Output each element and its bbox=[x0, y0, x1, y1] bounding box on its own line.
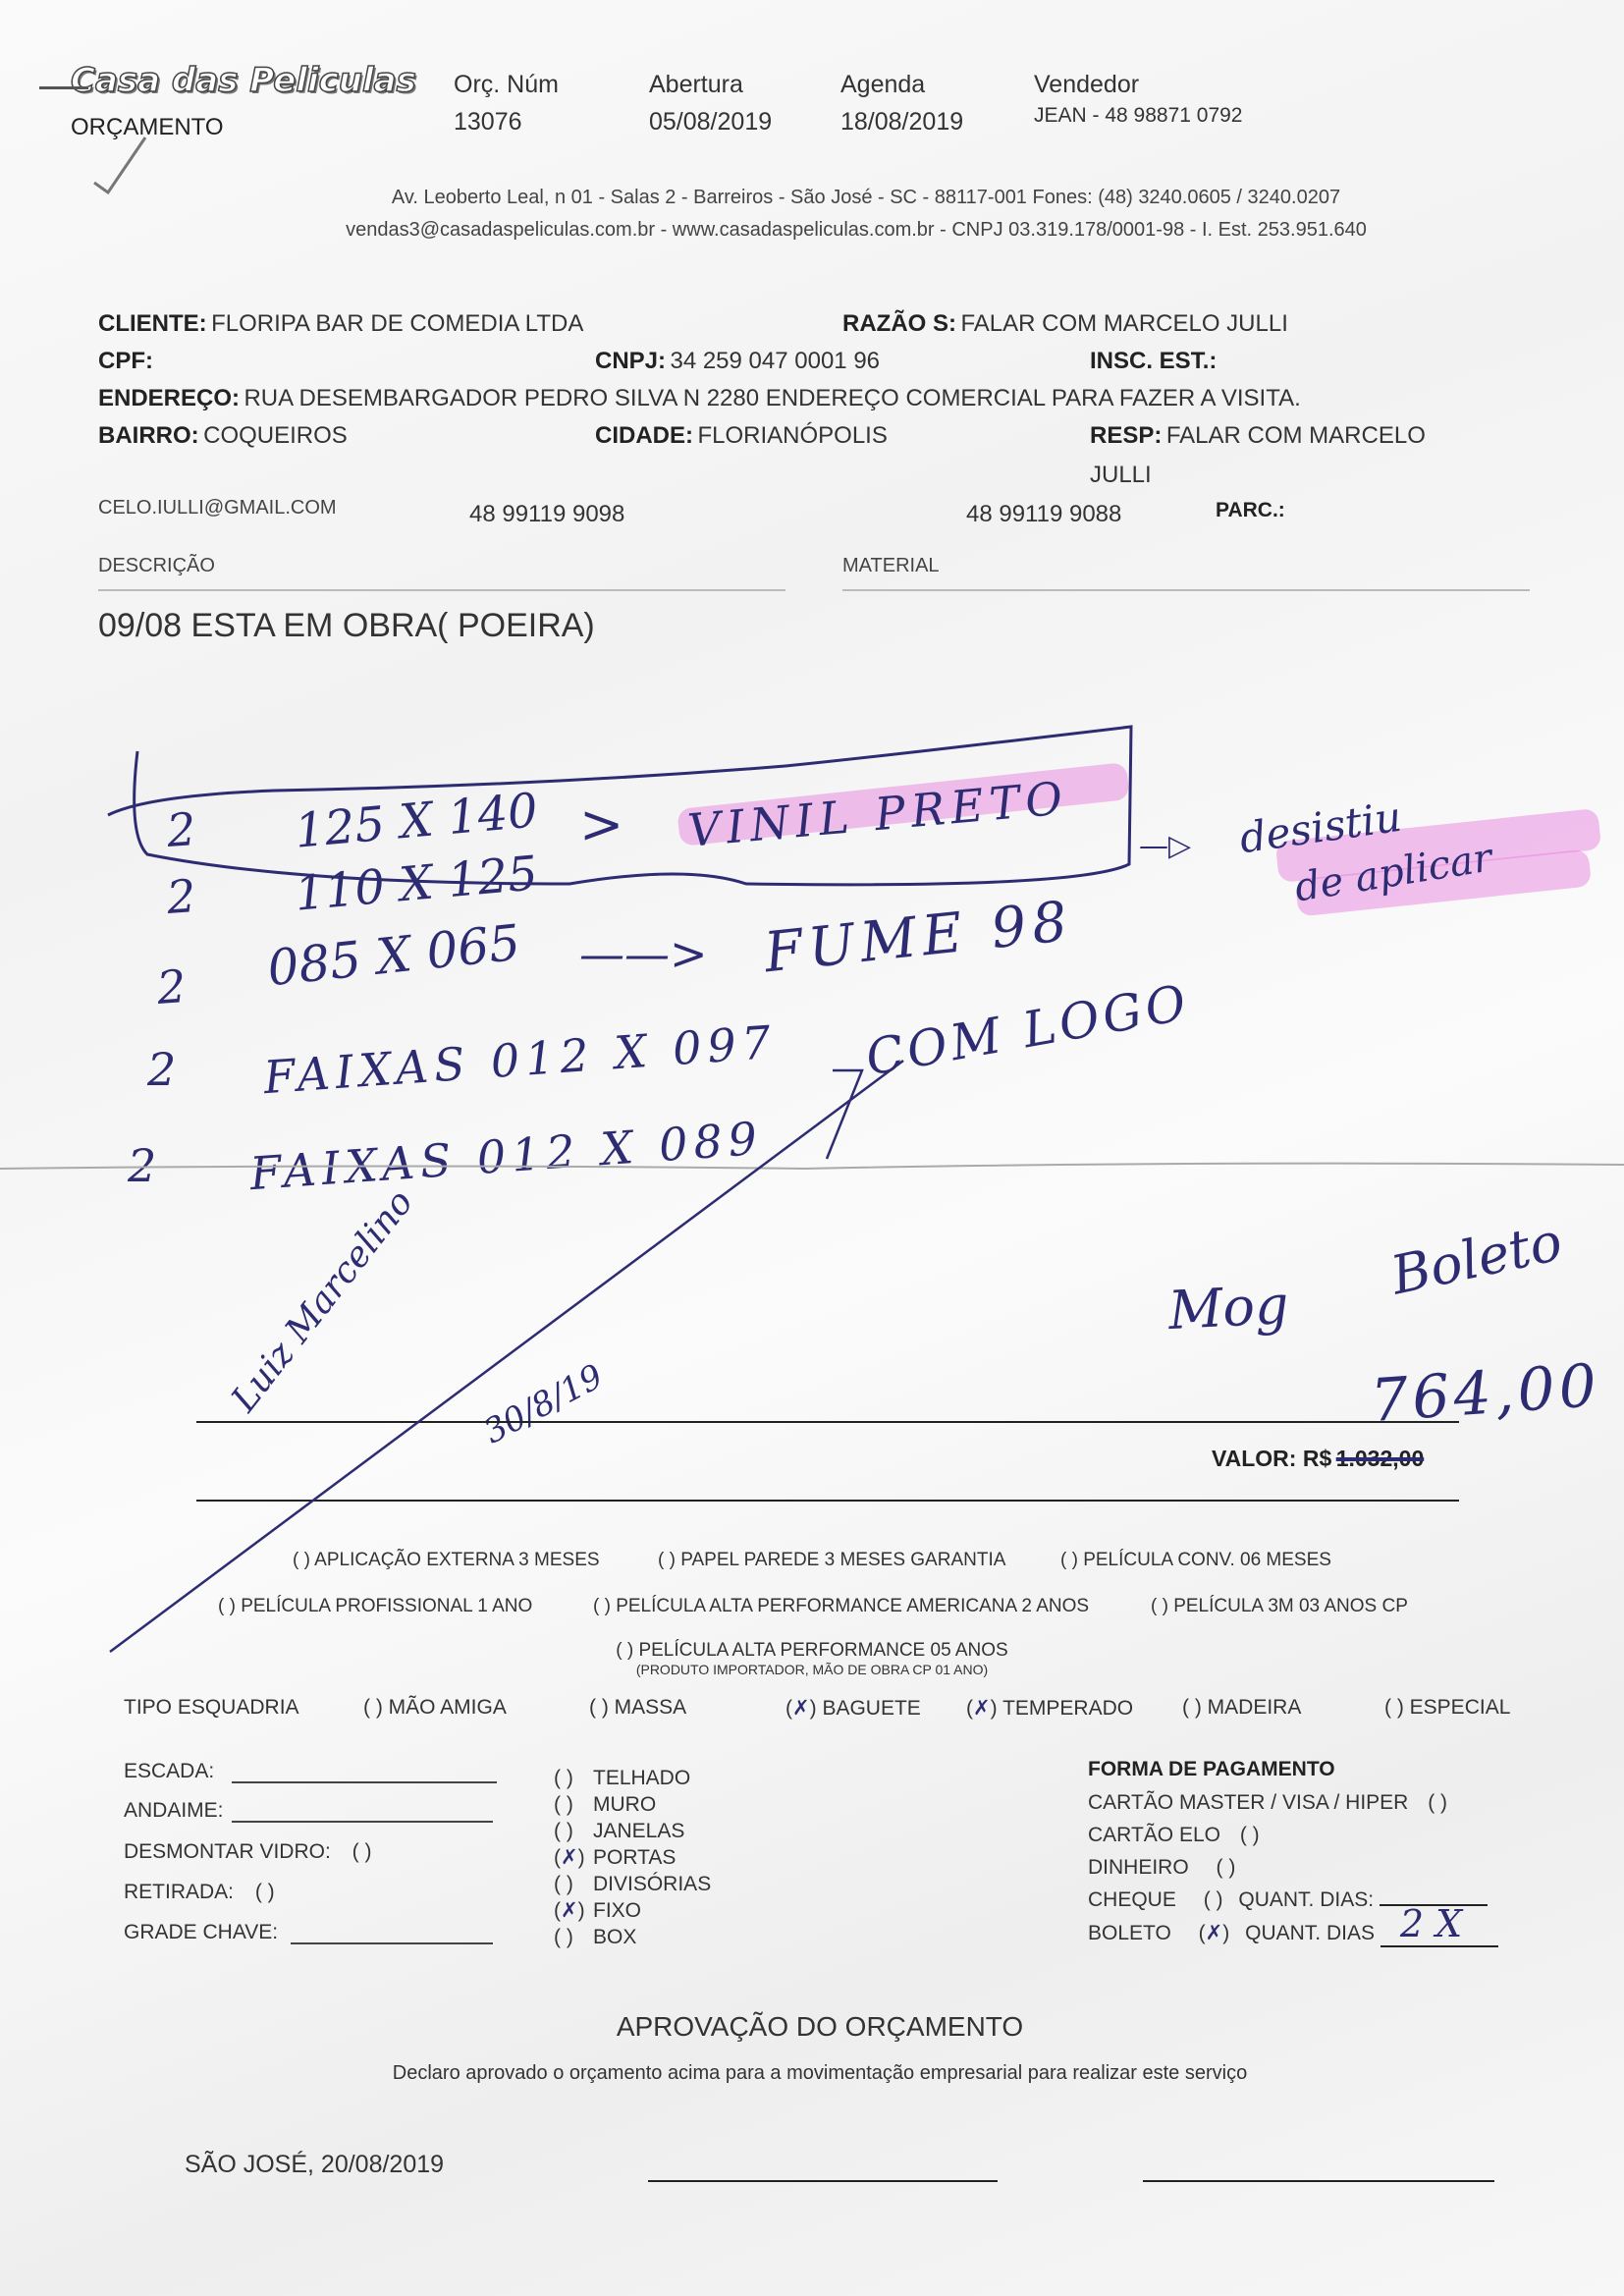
pay-boleto-dias-field[interactable]: 2 X bbox=[1380, 1922, 1498, 1947]
esquadria-option[interactable]: (✗) BAGUETE bbox=[785, 1696, 921, 1721]
local-option-label: MURO bbox=[593, 1793, 656, 1816]
cnpj-value: 34 259 047 0001 96 bbox=[670, 348, 880, 374]
abertura-date: 05/08/2019 bbox=[649, 108, 772, 137]
signature-line-company[interactable] bbox=[1143, 2180, 1494, 2182]
local-checkbox[interactable]: ( ) bbox=[554, 1765, 593, 1791]
resp-label: RESP: bbox=[1090, 422, 1162, 449]
approval-declaration: Declaro aprovado o orçamento acima para … bbox=[0, 2062, 1624, 2085]
esquadria-option[interactable]: ( ) ESPECIAL bbox=[1384, 1696, 1510, 1720]
local-checkbox-checked[interactable]: (✗) bbox=[554, 1897, 593, 1924]
bracket-symbol: > bbox=[579, 793, 623, 855]
cidade-label: CIDADE: bbox=[595, 422, 693, 449]
escada-label: ESCADA: bbox=[124, 1758, 214, 1784]
agenda-date: 18/08/2019 bbox=[840, 108, 963, 137]
razao-row: RAZÃO S: FALAR COM MARCELO JULLI bbox=[842, 310, 1288, 338]
item-1-qty: 2 bbox=[165, 802, 197, 857]
opt-pelicula-profissional[interactable]: ( ) PELÍCULA PROFISSIONAL 1 ANO bbox=[218, 1596, 532, 1617]
pay-boleto-dias-value: 2 X bbox=[1400, 1902, 1462, 1945]
razao-label: RAZÃO S: bbox=[842, 310, 956, 337]
cpf-label: CPF: bbox=[98, 348, 153, 375]
endereco-value: RUA DESEMBARGADOR PEDRO SILVA N 2280 END… bbox=[244, 385, 1300, 411]
local-option-label: BOX bbox=[593, 1926, 636, 1948]
document-type: ORÇAMENTO bbox=[71, 114, 224, 141]
material-divider bbox=[842, 589, 1530, 591]
opt-pelicula-alta-05[interactable]: ( ) PELÍCULA ALTA PERFORMANCE 05 ANOS bbox=[0, 1640, 1624, 1662]
esquadria-checkbox[interactable]: ( ) bbox=[1182, 1696, 1202, 1719]
esquadria-option-label: MÃO AMIGA bbox=[383, 1696, 507, 1719]
esquadria-checkbox[interactable]: ( ) bbox=[1384, 1696, 1404, 1719]
pay-boleto-label: BOLETO bbox=[1088, 1922, 1171, 1944]
signature-date: 30/8/19 bbox=[477, 1357, 610, 1452]
pay-dinheiro[interactable]: DINHEIRO ( ) bbox=[1088, 1856, 1235, 1880]
opt-pelicula-americana[interactable]: ( ) PELÍCULA ALTA PERFORMANCE AMERICANA … bbox=[593, 1596, 1089, 1617]
retirada-row: RETIRADA: ( ) bbox=[124, 1879, 275, 1905]
esquadria-label: TIPO ESQUADRIA bbox=[124, 1696, 299, 1720]
signature-name: Luiz Marcelino bbox=[224, 1182, 421, 1419]
item-4-size: FAIXAS 012 X 097 bbox=[262, 1015, 779, 1104]
andaime-label: ANDAIME: bbox=[124, 1797, 224, 1824]
desmontar-checkbox[interactable]: ( ) bbox=[352, 1840, 372, 1863]
pay-cartao-master-checkbox[interactable]: ( ) bbox=[1428, 1791, 1447, 1814]
pay-boleto[interactable]: BOLETO (✗) QUANT. DIAS 2 X bbox=[1088, 1921, 1498, 1947]
local-option-label: FIXO bbox=[593, 1899, 641, 1922]
cliente-value: FLORIPA BAR DE COMEDIA LTDA bbox=[211, 310, 583, 337]
parc-label: PARC.: bbox=[1216, 499, 1285, 522]
pay-cartao-master[interactable]: CARTÃO MASTER / VISA / HIPER ( ) bbox=[1088, 1791, 1447, 1815]
razao-value: FALAR COM MARCELO JULLI bbox=[960, 310, 1287, 337]
escada-field[interactable] bbox=[232, 1781, 497, 1783]
orc-num-label: Orç. Núm bbox=[454, 71, 559, 99]
description-text: 09/08 ESTA EM OBRA( POEIRA) bbox=[98, 607, 595, 645]
local-option-label: JANELAS bbox=[593, 1820, 684, 1842]
com-logo: COM LOGO bbox=[861, 973, 1193, 1086]
abertura-label: Abertura bbox=[649, 71, 743, 99]
local-option-label: TELHADO bbox=[593, 1767, 690, 1789]
resp-row: RESP: FALAR COM MARCELO bbox=[1090, 422, 1426, 450]
local-checkbox[interactable]: ( ) bbox=[554, 1924, 593, 1950]
item-2-size: 110 X 125 bbox=[293, 846, 540, 921]
local-checkbox[interactable]: ( ) bbox=[554, 1871, 593, 1897]
esquadria-checkbox[interactable]: ( ) bbox=[363, 1696, 383, 1719]
local-option[interactable]: ( )TELHADO bbox=[554, 1765, 711, 1791]
desmontar-row: DESMONTAR VIDRO: ( ) bbox=[124, 1838, 371, 1865]
pay-boleto-checkbox[interactable]: (✗) bbox=[1199, 1922, 1230, 1944]
item-1-size: 125 X 140 bbox=[293, 783, 540, 858]
pay-dinheiro-checkbox[interactable]: ( ) bbox=[1217, 1856, 1236, 1879]
item-5-size: FAIXAS 012 X 089 bbox=[248, 1112, 765, 1200]
esquadria-option[interactable]: (✗) TEMPERADO bbox=[966, 1696, 1133, 1721]
client-phone-2: 48 99119 9088 bbox=[966, 501, 1121, 528]
grade-label: GRADE CHAVE: bbox=[124, 1919, 278, 1945]
esquadria-checkbox-checked[interactable]: (✗) bbox=[966, 1697, 998, 1720]
esquadria-option[interactable]: ( ) MÃO AMIGA bbox=[363, 1696, 507, 1720]
arrow-fume-icon: ——> bbox=[579, 927, 708, 980]
boleto-note: Boleto bbox=[1385, 1210, 1567, 1306]
cidade-value: FLORIANÓPOLIS bbox=[697, 422, 887, 449]
insc-label: INSC. EST.: bbox=[1090, 348, 1217, 375]
resp-value: FALAR COM MARCELO bbox=[1166, 422, 1426, 449]
opt-aplicacao-externa[interactable]: ( ) APLICAÇÃO EXTERNA 3 MESES bbox=[293, 1550, 600, 1571]
retirada-label: RETIRADA: bbox=[124, 1881, 234, 1903]
locais-list: ( )TELHADO( )MURO( )JANELAS(✗)PORTAS( )D… bbox=[554, 1765, 711, 1950]
local-checkbox[interactable]: ( ) bbox=[554, 1791, 593, 1818]
valor-top-line bbox=[196, 1421, 1459, 1423]
desmontar-label: DESMONTAR VIDRO: bbox=[124, 1840, 331, 1863]
item-5-qty: 2 bbox=[128, 1139, 156, 1192]
item-3-size: 085 X 065 bbox=[265, 914, 523, 998]
opt-pelicula-3m[interactable]: ( ) PELÍCULA 3M 03 ANOS CP bbox=[1151, 1596, 1408, 1617]
valor-printed: 1.032,00 bbox=[1336, 1446, 1425, 1471]
endereco-label: ENDEREÇO: bbox=[98, 385, 240, 411]
pay-cartao-elo-checkbox[interactable]: ( ) bbox=[1240, 1824, 1260, 1846]
check-mark-icon: ✗ bbox=[561, 1845, 578, 1869]
pay-cheque-label: CHEQUE bbox=[1088, 1888, 1176, 1911]
bairro-row: BAIRRO: COQUEIROS bbox=[98, 422, 348, 450]
esquadria-option-label: ESPECIAL bbox=[1404, 1696, 1511, 1719]
vendedor-label: Vendedor bbox=[1034, 71, 1139, 99]
initials-signature: Mog bbox=[1166, 1274, 1290, 1341]
company-contact: vendas3@casadaspeliculas.com.br - www.ca… bbox=[0, 219, 1624, 242]
local-option-label: PORTAS bbox=[593, 1846, 676, 1869]
check-mark-icon: ✗ bbox=[561, 1898, 578, 1922]
esquadria-option-label: MASSA bbox=[609, 1696, 686, 1719]
esquadria-option-label: TEMPERADO bbox=[998, 1697, 1133, 1720]
esquadria-option[interactable]: ( ) MADEIRA bbox=[1182, 1696, 1301, 1720]
pay-cheque-checkbox[interactable]: ( ) bbox=[1204, 1888, 1223, 1911]
place-date: SÃO JOSÉ, 20/08/2019 bbox=[185, 2151, 444, 2179]
material-label: MATERIAL bbox=[842, 555, 940, 577]
pay-boleto-dias-label: QUANT. DIAS bbox=[1245, 1922, 1375, 1944]
bairro-label: BAIRRO: bbox=[98, 422, 199, 449]
agenda-label: Agenda bbox=[840, 71, 925, 99]
valor-row: VALOR: R$ 1.032,00 bbox=[1212, 1446, 1424, 1472]
client-email: CELO.IULLI@GMAIL.COM bbox=[98, 497, 337, 519]
pay-cartao-elo-label: CARTÃO ELO bbox=[1088, 1824, 1220, 1846]
cnpj-row: CNPJ: 34 259 047 0001 96 bbox=[595, 348, 880, 375]
company-logo: Casa das Peliculas bbox=[71, 61, 416, 100]
esquadria-option-label: BAGUETE bbox=[817, 1697, 921, 1720]
fume-98: FUME 98 bbox=[761, 890, 1075, 986]
signature-line-client[interactable] bbox=[648, 2180, 998, 2182]
item-3-qty: 2 bbox=[155, 959, 188, 1014]
bracket-stroke bbox=[827, 1070, 862, 1159]
valor-bottom-line bbox=[196, 1500, 1459, 1502]
orc-num: 13076 bbox=[454, 108, 522, 137]
local-option[interactable]: ( )DIVISÓRIAS bbox=[554, 1871, 711, 1897]
esquadria-option-label: MADEIRA bbox=[1202, 1696, 1302, 1719]
descricao-label: DESCRIÇÃO bbox=[98, 555, 215, 577]
check-mark-icon: ✗ bbox=[1206, 1921, 1223, 1944]
local-option[interactable]: ( )MURO bbox=[554, 1791, 711, 1818]
valor-label: VALOR: R$ bbox=[1212, 1446, 1331, 1471]
retirada-checkbox[interactable]: ( ) bbox=[255, 1881, 275, 1903]
local-option[interactable]: ( )JANELAS bbox=[554, 1818, 711, 1844]
checkmark-icon bbox=[94, 137, 145, 192]
local-option-label: DIVISÓRIAS bbox=[593, 1873, 711, 1895]
esquadria-checkbox-checked[interactable]: (✗) bbox=[785, 1697, 817, 1720]
local-checkbox-checked[interactable]: (✗) bbox=[554, 1844, 593, 1871]
pay-cartao-elo[interactable]: CARTÃO ELO ( ) bbox=[1088, 1824, 1260, 1847]
local-checkbox[interactable]: ( ) bbox=[554, 1818, 593, 1844]
pagamento-title: FORMA DE PAGAMENTO bbox=[1088, 1758, 1335, 1781]
opt-pelicula-alta-05-note: (PRODUTO IMPORTADOR, MÃO DE OBRA CP 01 A… bbox=[0, 1662, 1624, 1677]
company-address: Av. Leoberto Leal, n 01 - Salas 2 - Barr… bbox=[0, 187, 1624, 209]
local-option[interactable]: (✗)PORTAS bbox=[554, 1844, 711, 1871]
grade-field[interactable] bbox=[291, 1942, 493, 1944]
item-2-qty: 2 bbox=[165, 869, 197, 924]
check-mark-icon: ✗ bbox=[792, 1696, 810, 1720]
cliente-label: CLIENTE: bbox=[98, 310, 207, 337]
arrow-icon: —▷ bbox=[1139, 829, 1191, 863]
item-4-qty: 2 bbox=[147, 1043, 176, 1096]
pay-cheque-dias-label: QUANT. DIAS: bbox=[1238, 1888, 1374, 1911]
logo-strike-mark bbox=[39, 86, 88, 89]
local-option[interactable]: ( )BOX bbox=[554, 1924, 711, 1950]
pay-dinheiro-label: DINHEIRO bbox=[1088, 1856, 1189, 1879]
local-option[interactable]: (✗)FIXO bbox=[554, 1897, 711, 1924]
paper-fold bbox=[0, 1164, 1624, 1169]
resp-value-cont: JULLI bbox=[1090, 462, 1152, 489]
opt-pelicula-conv[interactable]: ( ) PELÍCULA CONV. 06 MESES bbox=[1060, 1550, 1331, 1571]
pen-strokes bbox=[0, 0, 1624, 2296]
client-phone-1: 48 99119 9098 bbox=[469, 501, 624, 528]
cnpj-label: CNPJ: bbox=[595, 348, 666, 374]
esquadria-option[interactable]: ( ) MASSA bbox=[589, 1696, 686, 1720]
andaime-field[interactable] bbox=[232, 1821, 493, 1823]
cidade-row: CIDADE: FLORIANÓPOLIS bbox=[595, 422, 888, 450]
client-row: CLIENTE: FLORIPA BAR DE COMEDIA LTDA bbox=[98, 310, 583, 338]
opt-papel-parede[interactable]: ( ) PAPEL PAREDE 3 MESES GARANTIA bbox=[658, 1550, 1005, 1571]
esquadria-checkbox[interactable]: ( ) bbox=[589, 1696, 609, 1719]
new-value: 764,00 bbox=[1369, 1351, 1602, 1436]
pay-cartao-master-label: CARTÃO MASTER / VISA / HIPER bbox=[1088, 1791, 1408, 1814]
check-mark-icon: ✗ bbox=[973, 1696, 991, 1720]
endereco-row: ENDEREÇO: RUA DESEMBARGADOR PEDRO SILVA … bbox=[98, 385, 1301, 412]
approval-title: APROVAÇÃO DO ORÇAMENTO bbox=[0, 2011, 1624, 2043]
vinil-preto: VINIL PRETO bbox=[685, 771, 1070, 857]
descricao-divider bbox=[98, 589, 785, 591]
bairro-value: COQUEIROS bbox=[203, 422, 348, 449]
vendedor: JEAN - 48 98871 0792 bbox=[1034, 104, 1242, 128]
